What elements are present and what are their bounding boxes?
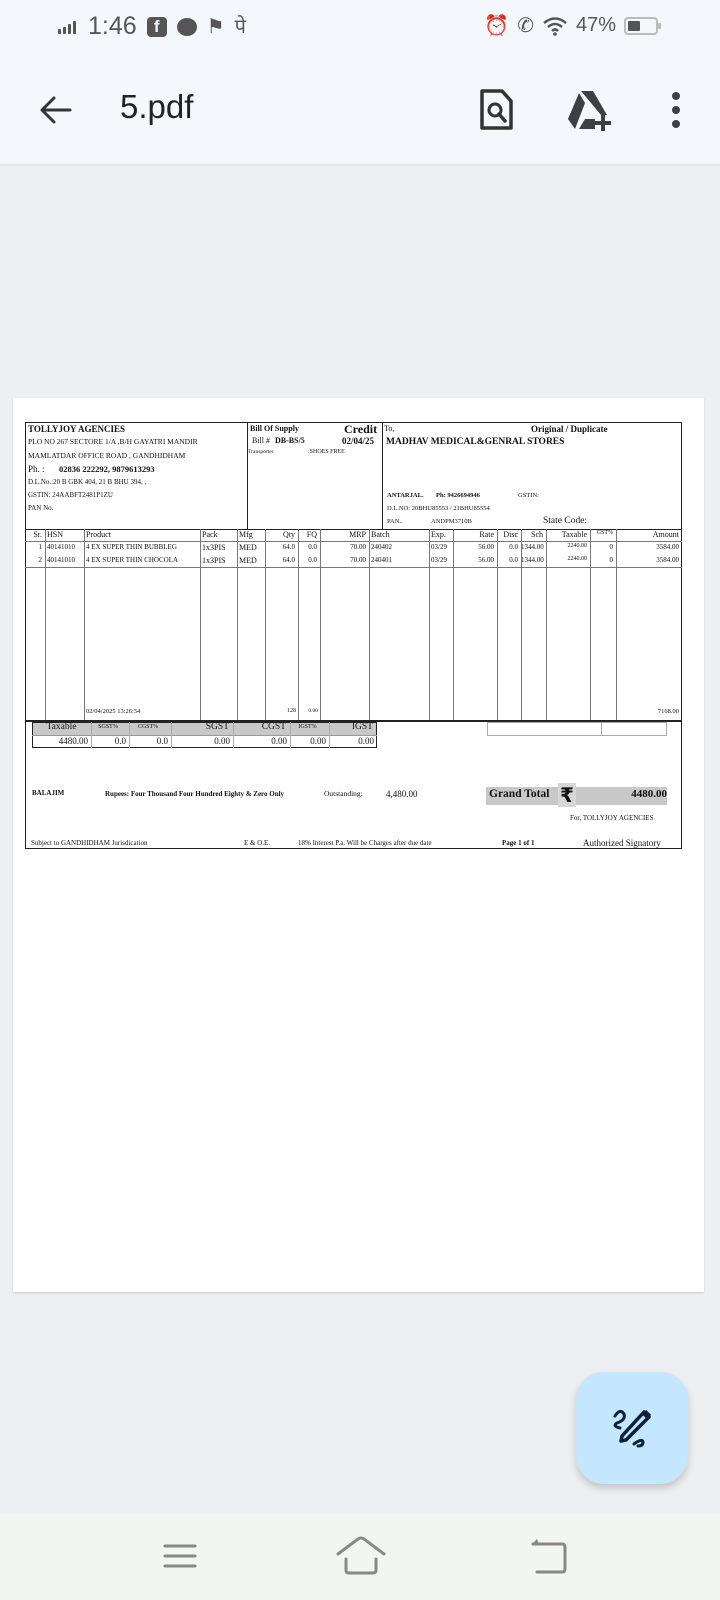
- column-header: HSN: [47, 530, 63, 539]
- cell-rate: 56.00: [453, 556, 494, 564]
- cell-batch: 240402: [371, 543, 392, 551]
- tax-value: 4480.00: [32, 736, 88, 746]
- grand-total-box: Grand Total ₹ 4480.00: [486, 787, 667, 805]
- cell-hsn: 40141010: [47, 543, 75, 551]
- column-header: Amount: [616, 530, 679, 539]
- more-options-icon: [670, 90, 682, 130]
- column-divider: [429, 529, 430, 720]
- add-to-drive-button[interactable]: [566, 86, 614, 134]
- cell-gst: 0: [590, 556, 613, 564]
- seller-pan: PAN No.: [28, 504, 53, 512]
- document-title: 5.pdf: [120, 88, 193, 126]
- cell-mrp: 70.00: [320, 543, 366, 551]
- for-company: For, TOLLYJOY AGENCIES: [570, 814, 653, 822]
- cell-taxable: 2240.00: [546, 556, 587, 562]
- cell-taxable: 2240.00: [546, 543, 587, 549]
- cell-hsn: 40141010: [47, 556, 75, 564]
- arrow-back-icon: [36, 90, 76, 130]
- cell-sch: 1344.00: [521, 543, 543, 551]
- column-header: Exp.: [431, 530, 446, 539]
- cell-qty: 64.0: [265, 556, 295, 564]
- snapchat-icon: ⚑: [207, 17, 225, 37]
- column-divider: [237, 529, 238, 720]
- seller-dl-no: D.L.No.:20 B GBK 404, 21 B BHU 394, ,: [28, 478, 146, 486]
- buyer-dl-no: D.L.NO: 20BHU85553 / 21BHU85554: [387, 505, 490, 512]
- bill-no: DB-BS/5: [275, 436, 305, 445]
- amount-in-words: Rupees: Four Thousand Four Hundred Eight…: [105, 789, 295, 800]
- bill-type: Bill Of Supply: [250, 424, 299, 433]
- tax-header: IGST%: [290, 724, 325, 730]
- back-icon: [529, 1536, 569, 1576]
- home-button[interactable]: [336, 1536, 386, 1576]
- cell-exp: 03/29: [431, 543, 447, 551]
- seller-name: TOLLYJOY AGENCIES: [28, 424, 125, 434]
- back-nav-button[interactable]: [524, 1536, 574, 1576]
- payment-mode: Credit: [344, 422, 377, 437]
- column-header: Taxable: [546, 530, 587, 539]
- tax-header: IGST: [329, 722, 373, 732]
- seller-gstin: GSTIN: 24AABFT2481P1ZU: [28, 491, 113, 499]
- find-in-document-icon: [478, 88, 514, 132]
- tax-header: SGST%: [91, 724, 125, 730]
- buyer-gstin-label: GSTIN:: [518, 492, 539, 499]
- total-amount: 7168.00: [616, 708, 679, 715]
- to-label: To,: [384, 424, 394, 433]
- tax-value: 0.00: [233, 736, 287, 746]
- cell-batch: 240401: [371, 556, 392, 564]
- tax-value: 0.00: [290, 736, 326, 746]
- tax-header: CGST: [233, 722, 286, 732]
- cell-pack: 1x3PIS: [202, 543, 226, 552]
- cell-disc: 0.0: [497, 543, 518, 551]
- cell-amount: 3584.00: [616, 543, 679, 551]
- signal-icon: [58, 20, 76, 34]
- buyer-name: MADHAV MEDICAL&GENRAL STORES: [386, 437, 564, 447]
- rupee-icon: ₹: [558, 783, 576, 807]
- cell-sr: 2: [25, 556, 42, 564]
- more-options-button[interactable]: [652, 86, 700, 134]
- buyer-phone: Ph: 9426694946: [436, 492, 480, 499]
- edit-annotate-icon: [610, 1406, 654, 1450]
- cell-disc: 0.0: [497, 556, 518, 564]
- pdf-page: TOLLYJOY AGENCIES PLO NO 267 SECTORE 1/A…: [13, 398, 704, 1292]
- total-fq: 0.00: [298, 708, 318, 714]
- column-header: Sr.: [25, 530, 42, 539]
- back-button[interactable]: [36, 90, 76, 130]
- cell-sr: 1: [25, 543, 42, 551]
- interest-note: 18% Interest P.a. Will be Charges after …: [298, 839, 432, 847]
- tax-header: CGST%: [129, 724, 167, 730]
- alarm-icon: ⏰: [484, 16, 509, 36]
- cell-fq: 0.0: [298, 543, 317, 551]
- blank-box: [487, 722, 667, 736]
- cell-qty: 64.0: [265, 543, 295, 551]
- total-qty: 128: [265, 708, 296, 714]
- salesman: BALAJIM: [32, 789, 64, 797]
- column-header: Rate: [453, 530, 494, 539]
- add-to-drive-icon: [567, 89, 613, 131]
- find-in-document-button[interactable]: [472, 86, 520, 134]
- transporter-label: Transporter: [248, 449, 273, 455]
- tax-value: 0.0: [91, 736, 126, 746]
- column-header: GST%: [590, 530, 613, 536]
- cell-rate: 56.00: [453, 543, 494, 551]
- column-header: Product: [86, 530, 111, 539]
- print-timestamp: 02/04/2025 13:26:54: [86, 708, 140, 715]
- column-header: FQ: [298, 530, 317, 539]
- bill-no-label: Bill #: [252, 436, 270, 445]
- recent-apps-button[interactable]: [155, 1536, 205, 1576]
- bill-date: 02/04/25: [342, 436, 374, 446]
- column-header: MRP: [320, 530, 366, 539]
- messenger-icon: [177, 18, 197, 36]
- annotate-button[interactable]: [576, 1372, 688, 1484]
- cell-mrp: 70.00: [320, 556, 366, 564]
- buyer-pan-label: PAN..: [387, 518, 403, 525]
- column-divider: [200, 529, 201, 720]
- eoe: E & O.E.: [244, 839, 270, 847]
- tax-header: Taxable: [32, 722, 91, 732]
- cell-product: 4 EX SUPER THIN BUBBLEG: [86, 543, 177, 551]
- status-bar: 1:46 f ⚑ पे ⏰ ✆ 47%: [0, 0, 720, 60]
- status-time: 1:46: [88, 12, 137, 41]
- seller-phone: 02836 222292, 9879613293: [59, 464, 155, 474]
- tax-value: 0.0: [129, 736, 168, 746]
- navigation-bar: [0, 1514, 720, 1600]
- wifi-calling-icon: ✆: [517, 16, 534, 36]
- outstanding-label: Outstanding:: [324, 789, 363, 798]
- battery-percent: 47%: [576, 14, 616, 37]
- seller-phone-label: Ph. :: [28, 464, 45, 474]
- cell-mfg: MED: [239, 556, 257, 565]
- cell-pack: 1x3PIS: [202, 556, 226, 565]
- page-info: Page 1 of 1: [502, 839, 534, 847]
- transporter-value: :SHOES FREE: [308, 449, 345, 455]
- recent-apps-icon: [163, 1542, 197, 1570]
- wifi-icon: [542, 16, 568, 36]
- cell-sch: 1344.00: [521, 556, 543, 564]
- cell-gst: 0: [590, 543, 613, 551]
- cell-amount: 3584.00: [616, 556, 679, 564]
- header-divider: [25, 541, 682, 542]
- home-icon: [336, 1536, 386, 1576]
- column-header: Batch: [371, 530, 390, 539]
- tax-header: SGST: [171, 722, 229, 732]
- outstanding-value: 4,480.00: [386, 789, 418, 799]
- column-header: Disc: [497, 530, 518, 539]
- rows-divider: [25, 567, 682, 568]
- column-divider: [84, 529, 85, 720]
- column-header: Sch: [521, 530, 543, 539]
- buyer-pan: ANDPM3710B: [431, 518, 472, 525]
- tax-value: 0.00: [329, 736, 374, 746]
- cell-fq: 0.0: [298, 556, 317, 564]
- column-header: Mfg: [239, 530, 253, 539]
- cell-product: 4 EX SUPER THIN CHOCOLA: [86, 556, 178, 564]
- grand-total-value: 4480.00: [631, 788, 667, 800]
- copy-label: Original / Duplicate: [531, 424, 608, 434]
- column-header: Pack: [202, 530, 218, 539]
- tax-value: 0.00: [171, 736, 230, 746]
- grand-total-label: Grand Total: [489, 788, 549, 800]
- column-header: Qty: [265, 530, 295, 539]
- buyer-city: ANTARJAL.: [387, 492, 424, 499]
- column-divider: [45, 529, 46, 720]
- seller-address-1: PLO NO 267 SECTORE 1/A ,B/H GAYATRI MAND…: [28, 437, 198, 446]
- state-code-label: State Code:: [543, 516, 587, 526]
- facebook-icon: f: [147, 17, 167, 37]
- cell-mfg: MED: [239, 543, 257, 552]
- column-divider: [369, 529, 370, 720]
- seller-address-2: MAMLATDAR OFFICE ROAD , GANDHIDHAM: [28, 451, 185, 460]
- jurisdiction: Subject to GANDHIDHAM Jurisdication: [31, 839, 147, 847]
- battery-icon: [624, 17, 658, 35]
- authorized-signatory: Authorized Signatory: [583, 838, 661, 848]
- invoice-frame: [25, 422, 682, 849]
- cell-exp: 03/29: [431, 556, 447, 564]
- app-bar: 5.pdf: [0, 60, 720, 166]
- phonepe-icon: पे: [235, 17, 246, 37]
